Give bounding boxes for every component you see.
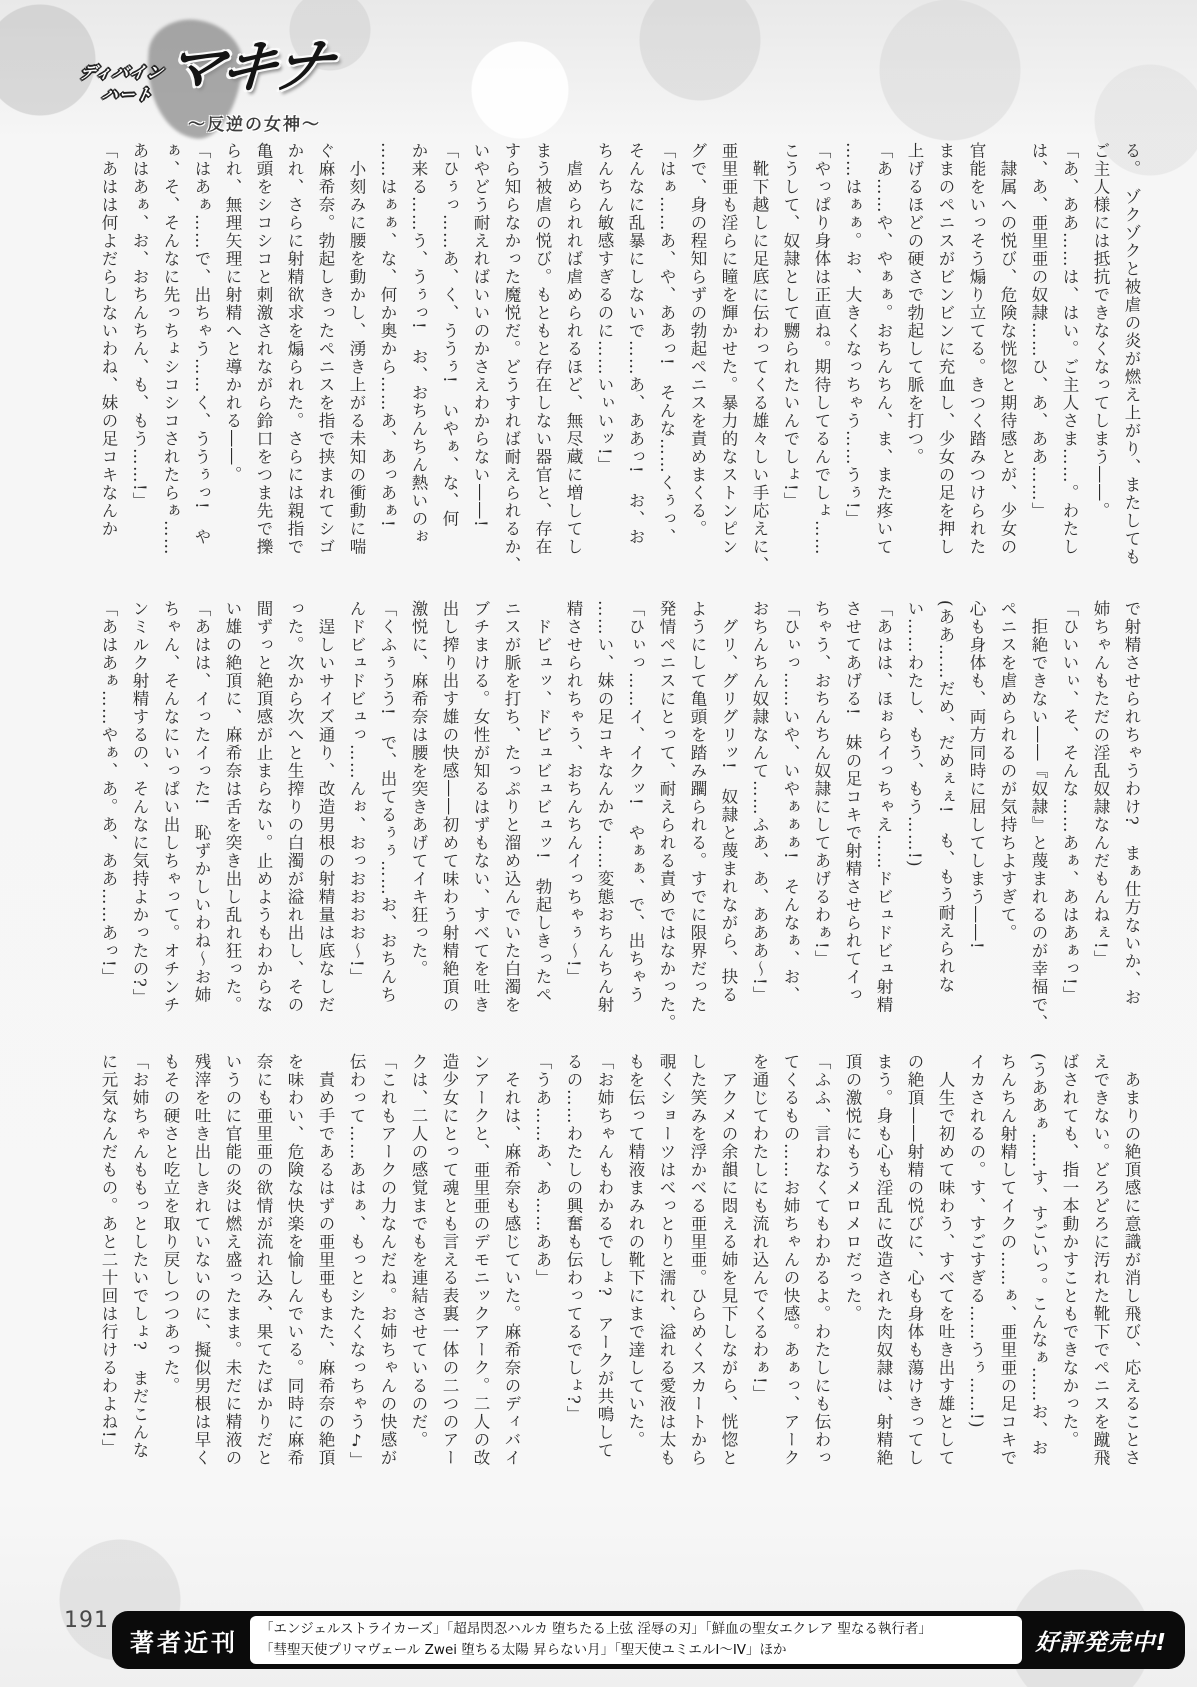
- text-column: 「あ、ああ……は、はい。ご主人さま……。わたし: [1054, 142, 1085, 578]
- text-column: こうして、奴隷として嬲られたいんでしょ!」: [775, 142, 806, 578]
- text-column: まう。身も心も淫乱に改造された肉奴隷は、射精絶: [868, 1053, 899, 1523]
- text-column: もその硬さと吃立を取り戻しつつあった。: [155, 1053, 186, 1523]
- text-column: ンアークと、亜里亜のデモニックアーク。二人の改: [465, 1053, 496, 1523]
- logo-text-divine: ディバイン: [78, 60, 166, 83]
- text-column: 亀頭をシコシコと刺激されながら鈴口をつま先で擽: [248, 142, 279, 578]
- text-column: 「ふふ、言わなくてもわかるよ。わたしにも伝わっ: [806, 1053, 837, 1523]
- text-column: られ、無理矢理に射精へと導かれる――。: [217, 142, 248, 578]
- text-column: おちんちん奴隷なんて……ふあ、あ、あああ〜!」: [744, 600, 775, 1040]
- text-column: イカされるの。す、すごすぎる……うぅ……!): [961, 1053, 992, 1523]
- text-column: あはあぁ、お、おちんちん、も、もう……!」: [124, 142, 155, 578]
- text-column: で射精させられちゃうわけ? まぁ仕方ないか、お: [1116, 600, 1147, 1040]
- text-column: 「やっぱり身体は正直ね。期待してるんでしょ……: [806, 142, 837, 578]
- text-column: 「ひぃっ……イ、イクッ! やぁぁ、で、出ちゃう: [620, 600, 651, 1040]
- text-column: 「あはは、イったイった! 恥ずかしいわね〜お姉: [186, 600, 217, 1040]
- text-column: 隷属への悦び、危険な恍惚と期待感とが、少女の: [992, 142, 1023, 578]
- text-column: るの……わたしの興奮も伝わってるでしょ?」: [558, 1053, 589, 1523]
- text-column: 伝わって……あはぁ、もっとシたくなっちゃう♪」: [341, 1053, 372, 1523]
- page-number: 191: [64, 1608, 109, 1633]
- text-column: か来る……う、うぅっ! お、おちんちん熱いのぉ: [403, 142, 434, 578]
- text-column: った。次から次へと生搾りの白濁が溢れ出し、その: [279, 600, 310, 1040]
- book-titles-line2: 「彗聖天使プリマヴェール Zwei 堕ちる太陽 昇らない月」「聖天使ユミエルI〜…: [260, 1640, 1012, 1661]
- text-column: ご主人様には抵抗できなくなってしまう――。: [1085, 142, 1116, 578]
- book-titles-line1: 「エンジェルストライカーズ」「超昂閃忍ハルカ 堕ちたる上弦 淫辱の刃」「鮮血の聖…: [260, 1619, 1012, 1640]
- text-column: 拒絶できない――『奴隷』と蔑まれるのが幸福で、: [1023, 600, 1054, 1040]
- text-column: 出し搾り出す雄の快感――初めて味わう射精絶頂の: [434, 600, 465, 1040]
- text-column: 「うあ……あ、あ……ああ」: [527, 1053, 558, 1523]
- text-block-bottom: あまりの絶頂感に意識が消し飛び、応えることさえできない。どろどろに汚れた靴下でペ…: [93, 1053, 1147, 1523]
- text-column: した笑みを浮かべる亜里亜。ひらめくスカートから: [682, 1053, 713, 1523]
- text-column: を通じてわたしにも流れ込んでくるわぁ!」: [744, 1053, 775, 1523]
- logo-subtitle: 〜反逆の女神〜: [188, 110, 321, 135]
- text-column: まう被虐の悦び。もともと存在しない器官と、存在: [527, 142, 558, 578]
- text-column: ばされても、指一本動かすこともできなかった。: [1054, 1053, 1085, 1523]
- text-column: に元気なんだもの。あと二十回は行けるわよね!」: [93, 1053, 124, 1523]
- text-column: ちんちん敏感すぎるのに……いぃいッ!」: [589, 142, 620, 578]
- text-column: 「ひいいぃ、そ、そんな……あぁ、あはあぁっ!」: [1054, 600, 1085, 1040]
- text-column: ……はぁぁ、な、何か奥から……あ、あっあぁ!: [372, 142, 403, 578]
- text-column: 上げるほどの硬さで勃起して脈を打つ。: [899, 142, 930, 578]
- logo-text-heart: ハート: [100, 82, 155, 105]
- text-block-top: る。 ゾクゾクと被虐の炎が燃え上がり、またしてもご主人様には抵抗できなくなってし…: [93, 142, 1147, 578]
- text-column: を味わい、危険な快楽を愉しんでいる。同時に麻希: [279, 1053, 310, 1523]
- text-column: ……はぁぁ。お、大きくなっちゃう……うぅ!」: [837, 142, 868, 578]
- text-column: ペニスを虐められるのが気持ちよすぎて。: [992, 600, 1023, 1040]
- text-column: ちゃん、そんなにいっぱい出しちゃって。オチンチ: [155, 600, 186, 1040]
- text-column: ぁ、そ、そんなに先っちょシコシコされたらぁ……: [155, 142, 186, 578]
- text-column: 虐められれば虐められるほど、無尽蔵に増してし: [558, 142, 589, 578]
- text-column: 奈にも亜里亜の欲情が流れ込み、果てたばかりだと: [248, 1053, 279, 1523]
- author-recent-works-bar: 著者近刊 「エンジェルストライカーズ」「超昂閃忍ハルカ 堕ちたる上弦 淫辱の刃」…: [112, 1611, 1185, 1669]
- text-column: 責め手であるはずの亜里亜もまた、麻希奈の絶頂: [310, 1053, 341, 1523]
- text-column: 「はぁ……あ、や、ああっ! そんな……くぅっ、: [651, 142, 682, 578]
- text-column: ままのペニスがビンビンに充血し、少女の足を押し: [930, 142, 961, 578]
- text-column: いやどう耐えればいいのかさえわからない――!: [465, 142, 496, 578]
- text-column: 「ひぃっ……いや、いやぁぁぁ! そんなぁ、お、: [775, 600, 806, 1040]
- text-column: ぐ麻希奈。勃起しきったペニスを指で挟まれてシゴ: [310, 142, 341, 578]
- text-column: い……わたし、もう、もう……!): [899, 600, 930, 1040]
- text-column: ブチまける。女性が知るはずもない、すべてを吐き: [465, 600, 496, 1040]
- text-column: 残滓を吐き出しきれていないのに、擬似男根は早く: [186, 1053, 217, 1523]
- text-column: えできない。どろどろに汚れた靴下でペニスを蹴飛: [1085, 1053, 1116, 1523]
- text-column: かれ、さらに射精欲求を煽られた。さらには親指で: [279, 142, 310, 578]
- text-column: てくるもの……お姉ちゃんの快感。あぁっ、アーク: [775, 1053, 806, 1523]
- text-column: 心も身体も、両方同時に屈してしまう――!: [961, 600, 992, 1040]
- text-column: 「お姉ちゃんもわかるでしょ? アークが共鳴して: [589, 1053, 620, 1523]
- text-column: 発情ペニスにとって、耐えられる責めではなかった。: [651, 600, 682, 1040]
- text-column: 小刻みに腰を動かし、湧き上がる未知の衝動に喘: [341, 142, 372, 578]
- text-column: すら知らなかった魔悦だ。どうすれば耐えられるか、: [496, 142, 527, 578]
- text-column: 造少女にとって魂とも言える表裏一体の二つのアー: [434, 1053, 465, 1523]
- text-column: の絶頂――射精の悦びに、心も身体も蕩けきってし: [899, 1053, 930, 1523]
- text-column: 逞しいサイズ通り、改造男根の射精量は底なしだ: [310, 600, 341, 1040]
- text-column: 激悦に、麻希奈は腰を突きあげてイキ狂った。: [403, 600, 434, 1040]
- text-column: そんなに乱暴にしないで……あ、ああっ! お、お: [620, 142, 651, 578]
- on-sale-now-label: 好評発売中!: [1036, 1624, 1168, 1657]
- text-column: 「お姉ちゃんももっとしたいでしょ? まだこんな: [124, 1053, 155, 1523]
- text-column: 靴下越しに足底に伝わってくる雄々しい手応えに、: [744, 142, 775, 578]
- book-titles-panel: 「エンジェルストライカーズ」「超昂閃忍ハルカ 堕ちたる上弦 淫辱の刃」「鮮血の聖…: [250, 1616, 1022, 1664]
- series-logo: ディバイン ハート マキナ 〜反逆の女神〜: [68, 20, 368, 140]
- text-column: 姉ちゃんもただの淫乱奴隷なんだもんねぇ!」: [1085, 600, 1116, 1040]
- text-column: (うああぁ……す、すごいっ。こんなぁ……お、お: [1023, 1053, 1054, 1523]
- text-column: いうのに官能の炎は燃え盛ったまま。未だに精液の: [217, 1053, 248, 1523]
- text-column: グリ、グリグリッ! 奴隷と蔑まれながら、抉る: [713, 600, 744, 1040]
- text-column: 官能をいっそう煽り立てる。きつく踏みつけられた: [961, 142, 992, 578]
- text-column: ドビュッ、ドビュビュビュッ! 勃起しきったペ: [527, 600, 558, 1040]
- text-column: 「あはあぁ……やぁ、あ。あ、ああ……あっ!」: [93, 600, 124, 1040]
- text-column: 人生で初めて味わう、すべてを吐き出す雄として: [930, 1053, 961, 1523]
- text-column: ニスが脈を打ち、たっぷりと溜め込んでいた白濁を: [496, 600, 527, 1040]
- text-column: 「あはは、ほぉらイっちゃえ……ドビュドビュ射精: [868, 600, 899, 1040]
- text-column: (ああ……だめ、だめぇぇ! も、もう耐えられな: [930, 600, 961, 1040]
- text-column: ようにして亀頭を踏み躙られる。すでに限界だった: [682, 600, 713, 1040]
- text-column: 「はあぁ……で、出ちゃう……く、ううぅっ! や: [186, 142, 217, 578]
- text-column: ちんちん射精してイクの……ぁ、亜里亜の足コキで: [992, 1053, 1023, 1523]
- text-column: んドビュドビュっ……んぉ、おっおおおお〜!」: [341, 600, 372, 1040]
- text-column: 「ひぅっ……あ、く、ううぅ! いやぁ、な、何: [434, 142, 465, 578]
- text-column: あまりの絶頂感に意識が消し飛び、応えることさ: [1116, 1053, 1147, 1523]
- text-column: ンミルク射精するの、そんなに気持よかったの?」: [124, 600, 155, 1040]
- text-column: 精させられちゃう、おちんちんイっちゃぅ〜!」: [558, 600, 589, 1040]
- text-column: 亜里亜も淫らに瞳を輝かせた。暴力的なストンピン: [713, 142, 744, 578]
- author-recent-works-label: 著者近刊: [130, 1623, 238, 1658]
- text-column: クは、二人の感覚までもを連結させているのだ。: [403, 1053, 434, 1523]
- text-column: ……い、妹の足コキなんかで……変態おちんちん射: [589, 600, 620, 1040]
- text-column: 「これもアークの力なんだね。お姉ちゃんの快感が: [372, 1053, 403, 1523]
- text-column: 頂の激悦にもうメロメロだった。: [837, 1053, 868, 1523]
- logo-title: マキナ: [158, 37, 336, 98]
- text-column: 間ずっと絶頂感が止まらない。止めようもわからな: [248, 600, 279, 1040]
- text-column: い雄の絶頂に、麻希奈は舌を突き出し乱れ狂った。: [217, 600, 248, 1040]
- text-column: 覗くショーツはべっとりと濡れ、溢れる愛液は太も: [651, 1053, 682, 1523]
- text-column: 「あ……や、やぁぁ。おちんちん、ま、また疼いて: [868, 142, 899, 578]
- text-column: 「あはは何よだらしないわね、妹の足コキなんか: [93, 142, 124, 578]
- text-column: る。 ゾクゾクと被虐の炎が燃え上がり、またしても: [1116, 142, 1147, 578]
- text-column: 「くふぅうう! で、出てるぅぅ……お、おちんち: [372, 600, 403, 1040]
- text-column: は、あ、亜里亜の奴隷……ひ、あ、ああ……」: [1023, 142, 1054, 578]
- text-column: もを伝って精液まみれの靴下にまで達していた。: [620, 1053, 651, 1523]
- text-column: ちゃう、おちんちん奴隷にしてあげるわぁ!」: [806, 600, 837, 1040]
- text-column: アクメの余韻に悶える姉を見下しながら、恍惚と: [713, 1053, 744, 1523]
- text-column: それは、麻希奈も感じていた。麻希奈のディバイ: [496, 1053, 527, 1523]
- text-column: グで、身の程知らずの勃起ペニスを責めまくる。: [682, 142, 713, 578]
- text-block-middle: で射精させられちゃうわけ? まぁ仕方ないか、お姉ちゃんもただの淫乱奴隷なんだもん…: [93, 600, 1147, 1040]
- text-column: させてあげる! 妹の足コキで射精させられてイっ: [837, 600, 868, 1040]
